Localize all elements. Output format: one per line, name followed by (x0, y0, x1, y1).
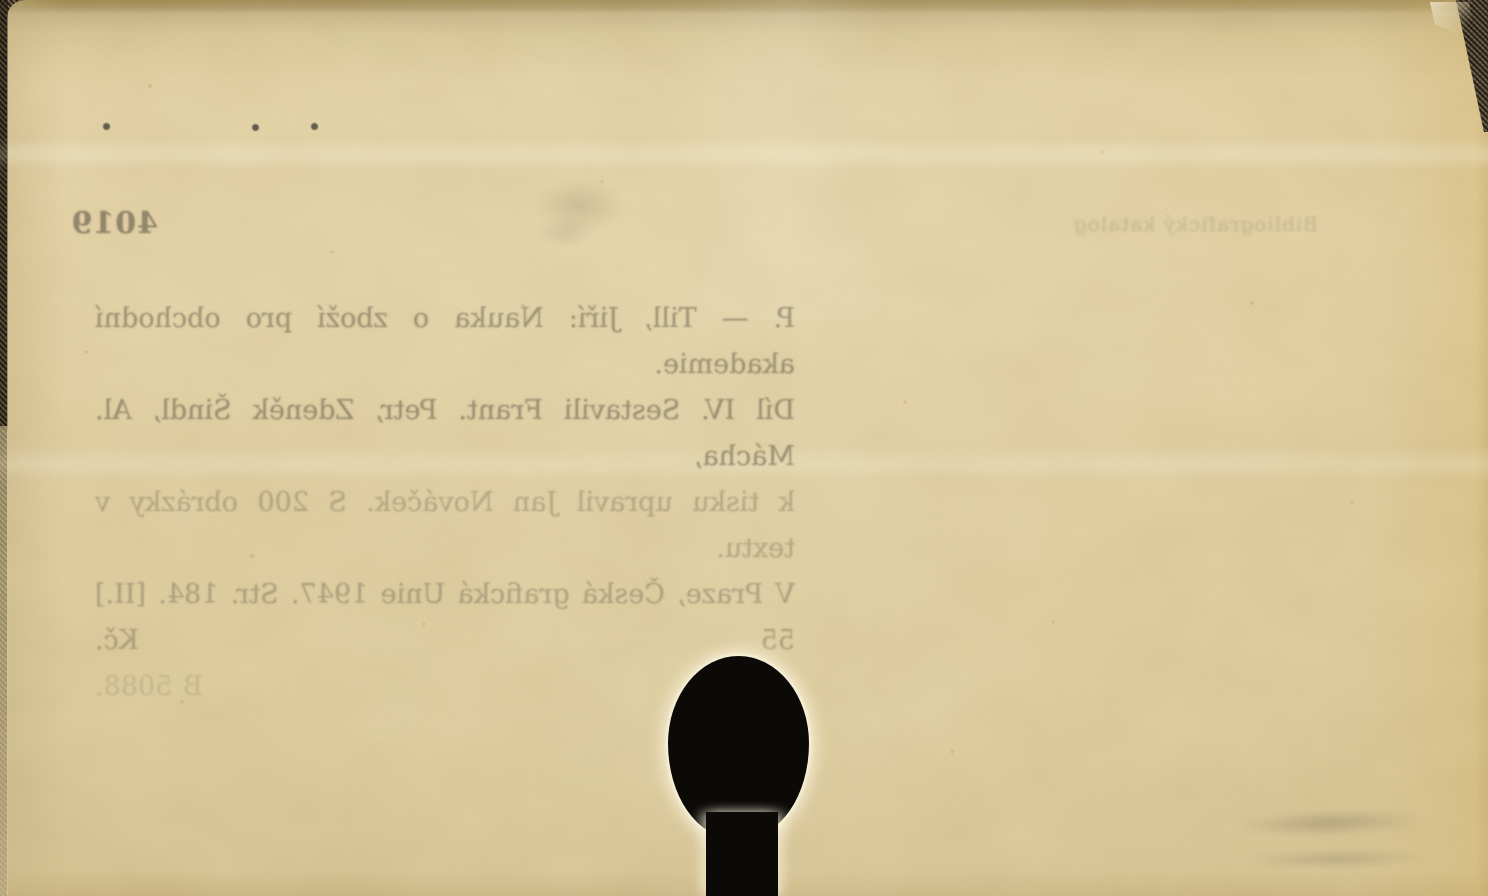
scanned-card-page: 4019 Bibliografický katalog P. — Till, J… (0, 0, 1488, 896)
ink-dot (103, 123, 110, 130)
ink-dot (311, 123, 318, 130)
scan-light-streak (690, 0, 880, 320)
ink-dot (252, 124, 259, 131)
cloth-edge-left-faded (0, 426, 8, 896)
cloth-edge-left (0, 0, 8, 430)
